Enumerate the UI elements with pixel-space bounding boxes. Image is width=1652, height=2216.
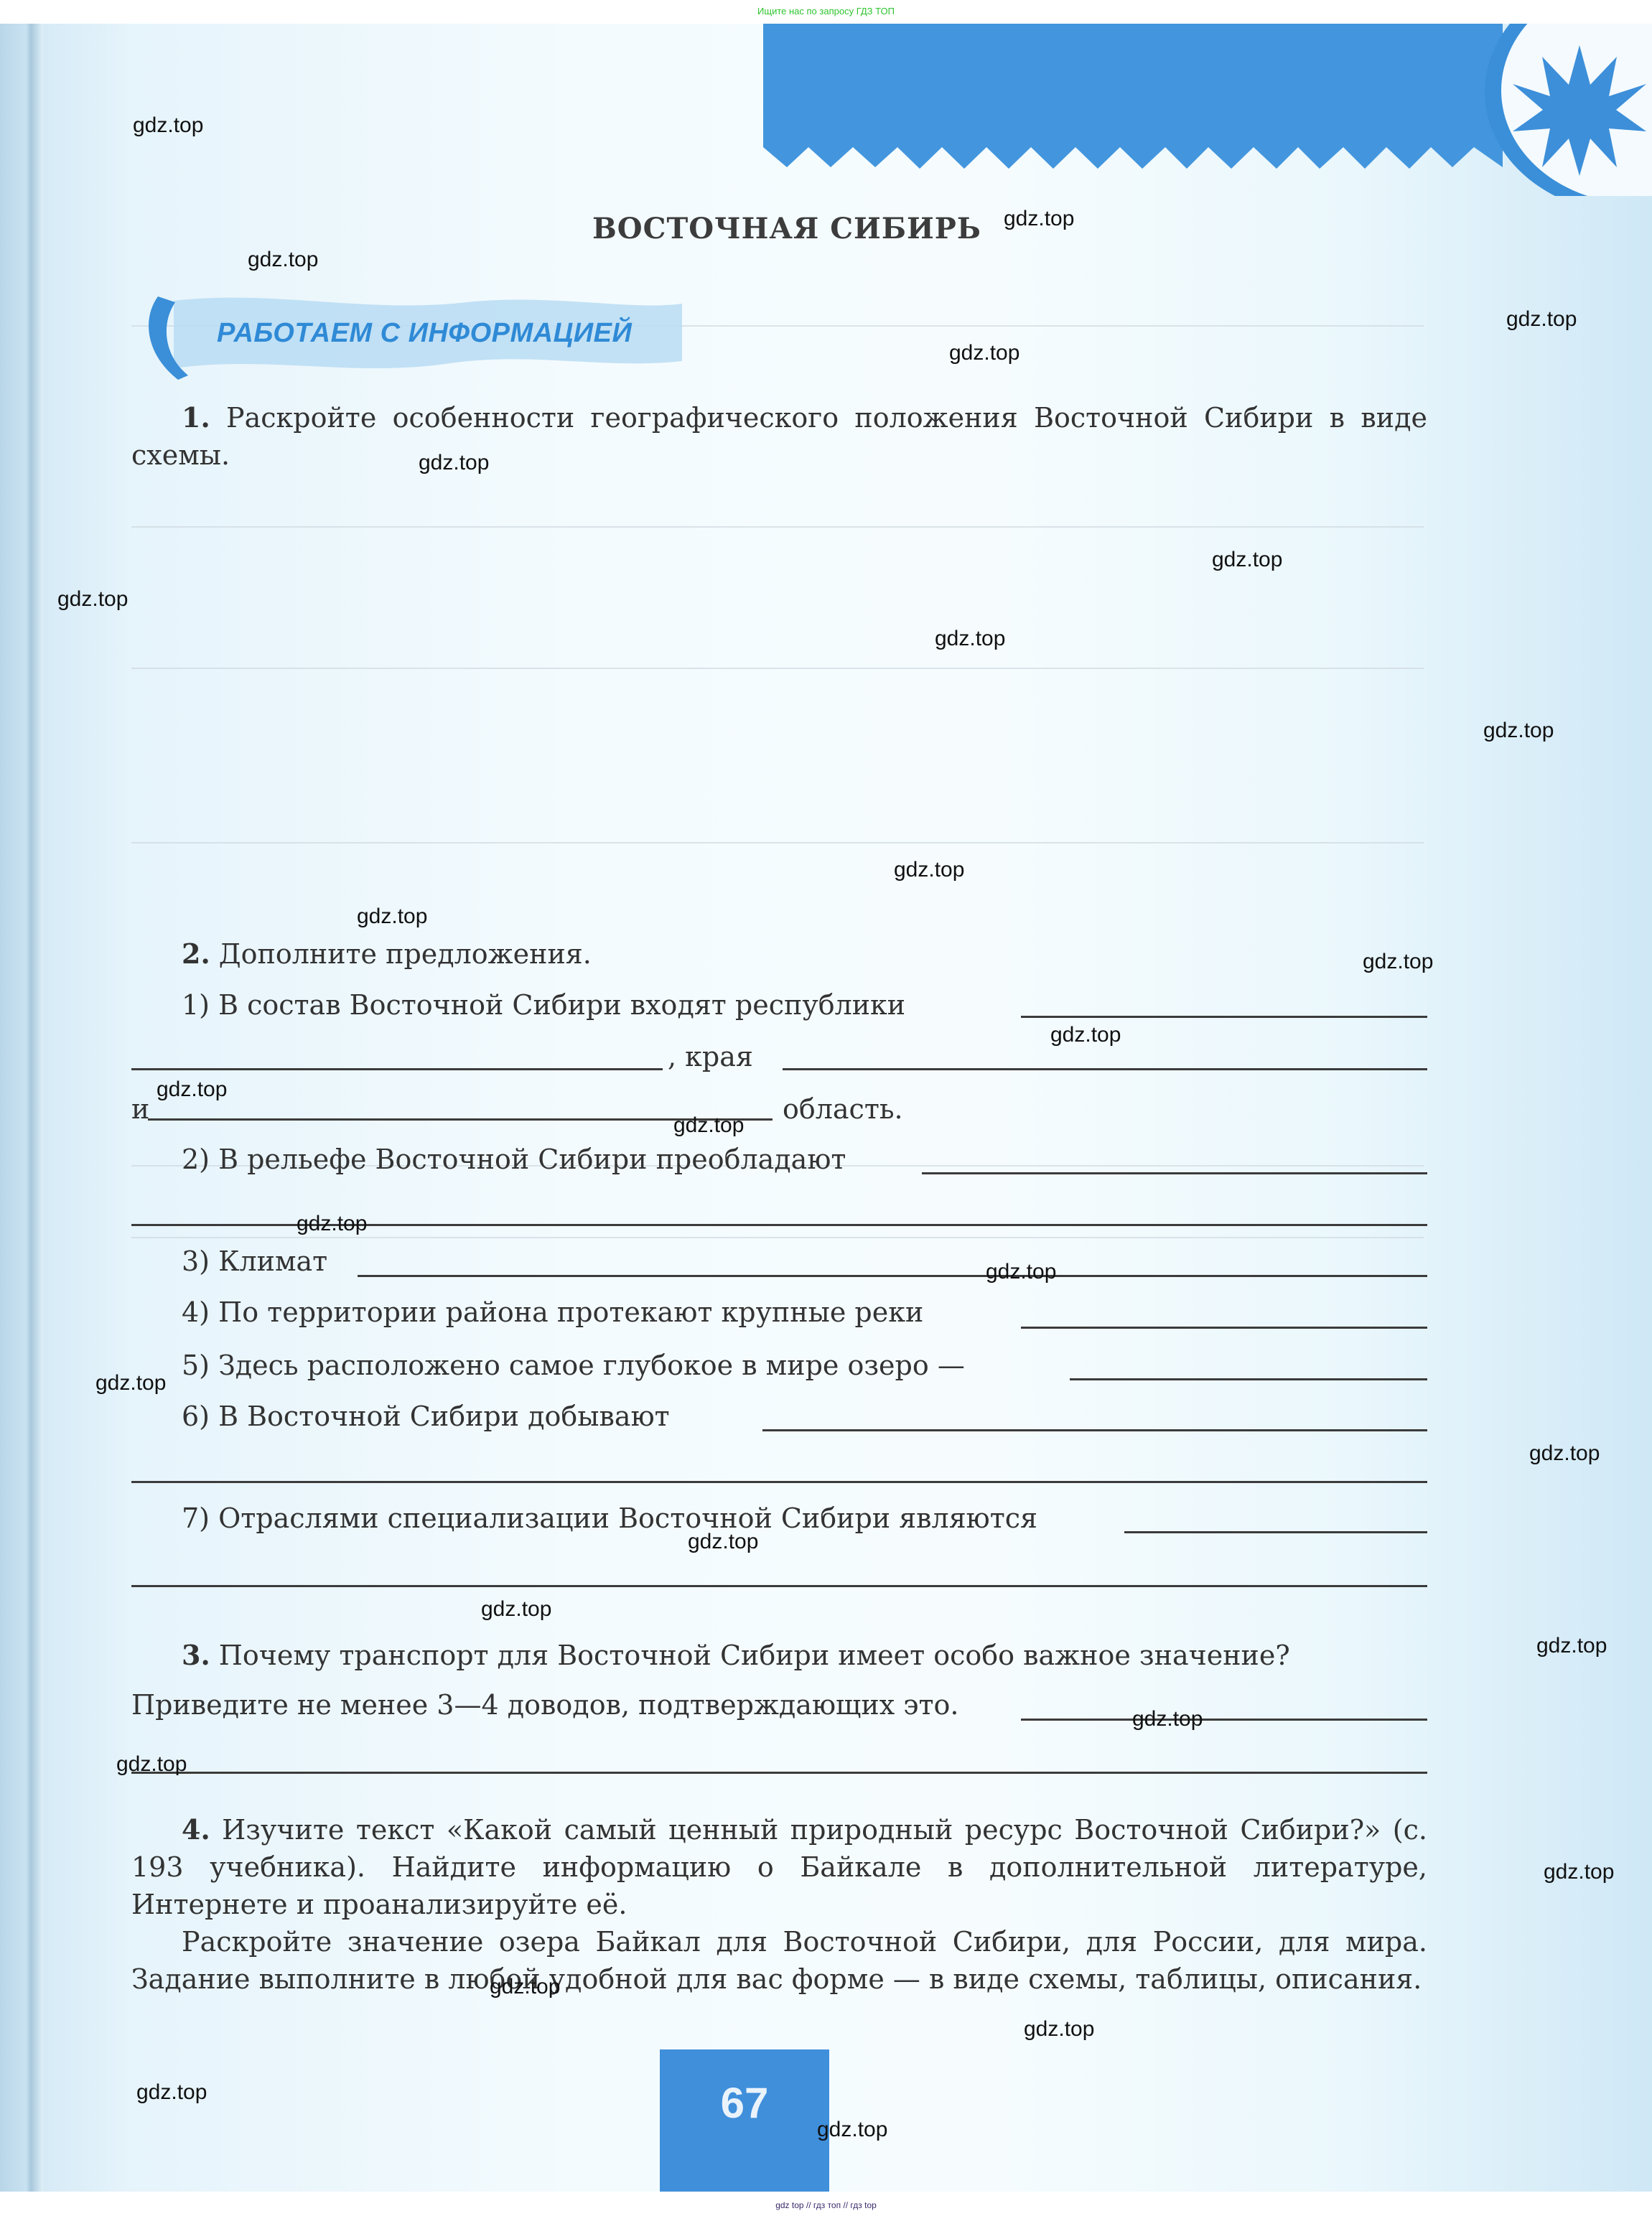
task-1-text: Раскройте особенности географического по… xyxy=(131,402,1427,471)
watermark: gdz.top xyxy=(1132,1707,1203,1731)
watermark: gdz.top xyxy=(986,1260,1056,1284)
watermark: gdz.top xyxy=(1212,548,1282,572)
bleed-through-line xyxy=(131,1237,1424,1238)
page-title: ВОСТОЧНАЯ СИБИРЬ xyxy=(592,212,981,246)
task-2-number: 2. xyxy=(182,938,210,970)
watermark: gdz.top xyxy=(95,1371,166,1395)
watermark: gdz.top xyxy=(1363,950,1433,974)
bleed-through-line xyxy=(131,526,1424,528)
watermark: gdz.top xyxy=(935,627,1005,651)
section-ribbon xyxy=(129,289,689,383)
task-1: 1. Раскройте особенности географического… xyxy=(131,399,1427,474)
watermark: gdz.top xyxy=(157,1077,227,1102)
bleed-through-line xyxy=(131,668,1424,669)
bleed-through-line xyxy=(131,842,1424,843)
answer-line[interactable] xyxy=(1021,1016,1427,1018)
workbook-page: ВОСТОЧНАЯ СИБИРЬ РАБОТАЕМ С ИНФОРМАЦИЕЙ … xyxy=(0,24,1652,2192)
watermark: gdz.top xyxy=(1024,2017,1094,2042)
answer-line[interactable] xyxy=(783,1068,1427,1070)
site-search-banner: Ищите нас по запросу ГДЗ ТОП xyxy=(0,0,1652,24)
task-2-item-4: 4) По территории района протекают крупны… xyxy=(182,1294,923,1331)
zigzag-ribbon xyxy=(763,24,1503,169)
watermark: gdz.top xyxy=(1004,207,1074,231)
answer-line[interactable] xyxy=(131,1068,663,1070)
task-3-line-1: 3. Почему транспорт для Восточной Сибири… xyxy=(182,1637,1290,1674)
task-2-heading-text: Дополните предложения. xyxy=(219,938,592,970)
task-2-item-1-and: и xyxy=(131,1090,149,1128)
site-search-text: Ищите нас по запросу ГДЗ ТОП xyxy=(757,6,895,17)
answer-line[interactable] xyxy=(762,1429,1427,1431)
task-2-item-3: 3) Климат xyxy=(182,1243,327,1280)
watermark: gdz.top xyxy=(817,2118,887,2142)
header-decoration xyxy=(763,24,1652,196)
watermark: gdz.top xyxy=(1536,1634,1607,1658)
answer-line[interactable] xyxy=(1021,1719,1427,1721)
watermark: gdz.top xyxy=(1544,1860,1614,1884)
watermark: gdz.top xyxy=(419,451,489,475)
answer-line[interactable] xyxy=(131,1772,1427,1774)
answer-line[interactable] xyxy=(1021,1327,1427,1329)
watermark: gdz.top xyxy=(481,1597,551,1622)
task-4-text-1: Изучите текст «Какой самый ценный природ… xyxy=(131,1814,1427,1920)
watermark: gdz.top xyxy=(133,113,203,138)
answer-line[interactable] xyxy=(1124,1531,1427,1533)
answer-line[interactable] xyxy=(922,1172,1427,1174)
task-2-item-1-mid: , края xyxy=(668,1038,753,1075)
watermark: gdz.top xyxy=(490,1975,560,1999)
book-spine-shadow xyxy=(0,24,43,2192)
watermark: gdz.top xyxy=(1506,307,1577,332)
watermark: gdz.top xyxy=(116,1752,187,1777)
watermark: gdz.top xyxy=(894,858,964,882)
watermark: gdz.top xyxy=(673,1113,744,1138)
watermark: gdz.top xyxy=(1529,1441,1600,1466)
watermark: gdz.top xyxy=(57,587,128,612)
task-3-line-2: Приведите не менее 3—4 доводов, подтверж… xyxy=(131,1686,958,1724)
answer-line[interactable] xyxy=(131,1585,1427,1587)
task-3-number: 3. xyxy=(182,1639,210,1671)
task-4-paragraph-2: Раскройте значение озера Байкал для Вост… xyxy=(131,1923,1427,1998)
task-1-number: 1. xyxy=(182,401,210,434)
task-3-text: Почему транспорт для Восточной Сибири им… xyxy=(219,1640,1290,1671)
task-2-item-7: 7) Отраслями специализации Восточной Сиб… xyxy=(182,1500,1037,1537)
site-footer-banner: gdz top // гдз топ // гдз top xyxy=(0,2192,1652,2216)
watermark: gdz.top xyxy=(688,1530,758,1554)
watermark: gdz.top xyxy=(357,904,427,929)
watermark: gdz.top xyxy=(1483,719,1554,743)
task-4-number: 4. xyxy=(182,1813,210,1846)
watermark: gdz.top xyxy=(248,248,318,272)
answer-line[interactable] xyxy=(358,1275,1427,1277)
watermark: gdz.top xyxy=(297,1212,367,1236)
watermark: gdz.top xyxy=(1050,1023,1121,1047)
task-2-item-6: 6) В Восточной Сибири добывают xyxy=(182,1398,670,1435)
task-2-item-1: 1) В состав Восточной Сибири входят респ… xyxy=(182,986,905,1024)
watermark: gdz.top xyxy=(949,341,1019,365)
answer-line[interactable] xyxy=(1070,1378,1427,1380)
page-number: 67 xyxy=(660,2078,829,2128)
page-number-box: 67 xyxy=(660,2049,829,2192)
answer-line[interactable] xyxy=(131,1481,1427,1483)
task-2-item-5: 5) Здесь расположено самое глубокое в ми… xyxy=(182,1347,965,1384)
task-2-heading: 2. Дополните предложения. xyxy=(182,935,592,973)
task-2-item-2: 2) В рельефе Восточной Сибири преобладаю… xyxy=(182,1141,846,1178)
site-footer-text: gdz top // гдз топ // гдз top xyxy=(775,2200,877,2210)
task-2-item-1-end: область. xyxy=(783,1090,903,1128)
watermark: gdz.top xyxy=(136,2080,207,2105)
task-4-paragraph-1: 4. Изучите текст «Какой самый ценный при… xyxy=(131,1811,1427,1923)
